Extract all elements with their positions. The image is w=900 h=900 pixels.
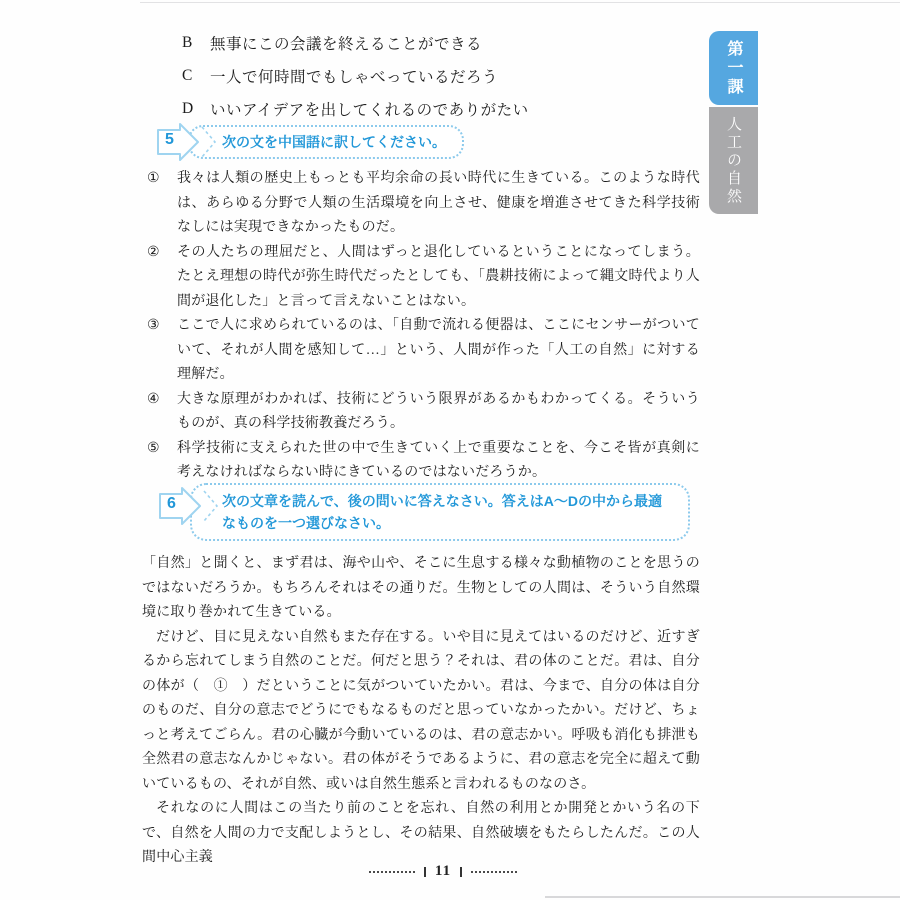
section-6-number: 6 [161, 495, 182, 513]
answer-option-row: D いいアイデアを出してくれるのでありがたい [182, 92, 529, 125]
option-letter: B [182, 34, 199, 52]
section-6-instruction-box: 次の文章を読んで、後の問いに答えなさい。答えはA～Dの中から最適なものを一つ選び… [190, 483, 690, 541]
section-6-badge: 6 [158, 484, 222, 528]
lesson-tab: 第一課 [709, 31, 758, 105]
section-5-instruction: 次の文を中国語に訳してください。 [222, 134, 446, 150]
translation-item: ① 我々は人類の歴史上もっとも平均余命の長い時代に生きている。このような時代は、… [147, 167, 700, 241]
section-5-badge: 5 [156, 120, 220, 164]
footer-rule-left [369, 871, 415, 873]
textbook-page: 第一課 人工の自然 B 無事にこの会議を終えることができる C 一人で何時間でも… [0, 0, 900, 900]
section-5-number: 5 [159, 131, 180, 149]
section-6-instruction: 次の文章を読んで、後の問いに答えなさい。答えはA～Dの中から最適なものを一つ選び… [222, 493, 662, 531]
passage-paragraph: だけど、目に見えない自然もまた存在する。いや目に見えてはいるのだけど、近すぎるか… [142, 626, 700, 798]
option-letter: D [182, 100, 199, 118]
answer-options-list: B 無事にこの会議を終えることができる C 一人で何時間でもしゃべっているだろう… [182, 26, 529, 125]
item-text: 大きな原理がわかれば、技術にどういう限界があるかもわかってくる。そういうものが、… [177, 388, 700, 437]
page-footer: 11 [0, 863, 886, 880]
item-text: 我々は人類の歴史上もっとも平均余命の長い時代に生きている。このような時代は、あら… [177, 167, 700, 241]
footer-bar-right [460, 867, 462, 877]
item-text: ここで人に求められているのは、「自動で流れる便器は、ここにセンサーがついていて、… [177, 314, 700, 388]
item-marker: ④ [147, 388, 177, 437]
translation-item: ⑤ 科学技術に支えられた世の中で生きていく上で重要なことを、今こそ皆が真剣に考え… [147, 437, 700, 486]
translation-item: ③ ここで人に求められているのは、「自動で流れる便器は、ここにセンサーがついてい… [147, 314, 700, 388]
page-number: 11 [435, 863, 451, 880]
translation-items-list: ① 我々は人類の歴史上もっとも平均余命の長い時代に生きている。このような時代は、… [147, 167, 700, 486]
item-text: その人たちの理屈だと、人間はずっと退化しているということになってしまう。たとえ理… [177, 241, 700, 315]
footer-bar-left [424, 867, 426, 877]
option-text: 一人で何時間でもしゃべっているだろう [210, 65, 498, 87]
item-marker: ⑤ [147, 437, 177, 486]
page-top-edge-line [140, 2, 900, 3]
answer-option-row: C 一人で何時間でもしゃべっているだろう [182, 59, 529, 92]
item-marker: ③ [147, 314, 177, 388]
item-marker: ① [147, 167, 177, 241]
reading-passage: 「自然」と聞くと、まず君は、海や山や、そこに生息する様々な動植物のことを思うので… [142, 552, 700, 871]
passage-paragraph: それなのに人間はこの当たり前のことを忘れ、自然の利用とか開発とかいう名の下で、自… [142, 797, 700, 871]
footer-rule-right [471, 871, 517, 873]
unit-title-label: 人工の自然 [723, 116, 744, 206]
lesson-tab-label: 第一課 [722, 40, 745, 97]
item-text: 科学技術に支えられた世の中で生きていく上で重要なことを、今こそ皆が真剣に考えなけ… [177, 437, 700, 486]
section-5-instruction-box: 次の文を中国語に訳してください。 [188, 125, 464, 159]
passage-paragraph: 「自然」と聞くと、まず君は、海や山や、そこに生息する様々な動植物のことを思うので… [142, 552, 700, 626]
translation-item: ② その人たちの理屈だと、人間はずっと退化しているということになってしまう。たと… [147, 241, 700, 315]
option-text: 無事にこの会議を終えることができる [210, 32, 482, 54]
option-text: いいアイデアを出してくれるのでありがたい [210, 98, 529, 120]
page-bottom-edge-line [545, 896, 900, 898]
item-marker: ② [147, 241, 177, 315]
unit-title-tab: 人工の自然 [709, 107, 758, 214]
answer-option-row: B 無事にこの会議を終えることができる [182, 26, 529, 59]
translation-item: ④ 大きな原理がわかれば、技術にどういう限界があるかもわかってくる。そういうもの… [147, 388, 700, 437]
option-letter: C [182, 67, 199, 85]
